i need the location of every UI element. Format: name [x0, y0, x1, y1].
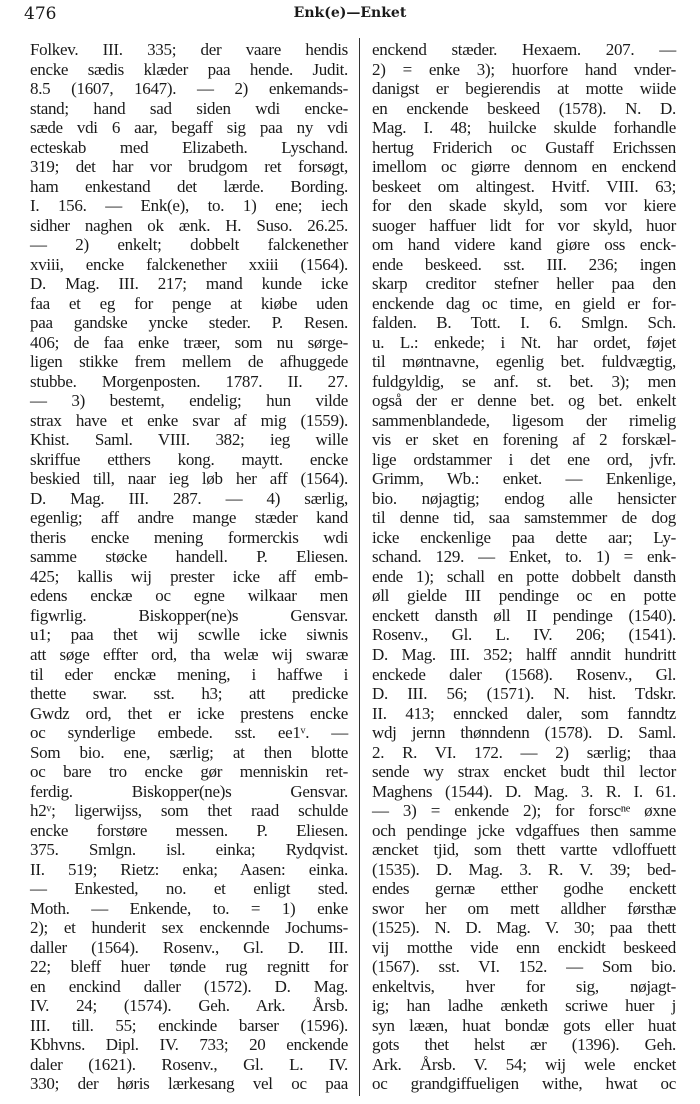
- text-line: egenlig; aff andre mange stæder kand: [30, 508, 348, 528]
- text-line: D. III. 56; (1571). N. hist. Tdskr.: [372, 684, 676, 704]
- text-line: theris encke mening formerckis wdi: [30, 528, 348, 548]
- text-line: sæde vdi 6 aar, begaff sig paa ny vdi: [30, 118, 348, 138]
- text-line: II. 413; enncked daler, som fanndtz: [372, 704, 676, 724]
- text-line: oc bare tro encke gør menniskin ret-: [30, 762, 348, 782]
- text-line: enckende dag oc time, en gield er for-: [372, 294, 676, 314]
- text-line: Rosenv., Gl. L. IV. 206; (1541).: [372, 625, 676, 645]
- text-line: daller (1564). Rosenv., Gl. D. III.: [30, 938, 348, 958]
- text-line: och pendinge jcke vdgaffues then samme: [372, 821, 676, 841]
- text-line: Mag. I. 48; huilcke skulde forhandle: [372, 118, 676, 138]
- text-line: imellom oc giørre dennom en enckend: [372, 157, 676, 177]
- text-line: faa et eg for penge at kiøbe uden: [30, 294, 348, 314]
- text-line: ecteskab med Elizabeth. Lyschand.: [30, 138, 348, 158]
- text-line: D. Mag. III. 217; mand kunde icke: [30, 274, 348, 294]
- text-line: swor her om mett alldher førsthæ: [372, 899, 676, 919]
- text-line: stubbe. Morgenposten. 1787. II. 27.: [30, 372, 348, 392]
- text-line: Gwdz ord, thet er icke prestens encke: [30, 704, 348, 724]
- text-line: strax have et enke svar af mig (1559).: [30, 411, 348, 431]
- text-line: enckede daler (1568). Rosenv., Gl.: [372, 665, 676, 685]
- text-line: 375. Smlgn. isl. einka; Rydqvist.: [30, 840, 348, 860]
- text-line: til denne tid, saa samstemmer de dog: [372, 508, 676, 528]
- text-line: fuldgyldig, se anf. st. bet. 3); men: [372, 372, 676, 392]
- text-line: øll gielde III pendinge oc en potte: [372, 586, 676, 606]
- text-line: en enckind daller (1572). D. Mag.: [30, 977, 348, 997]
- text-line: 8.5 (1607, 1647). — 2) enkemands-: [30, 79, 348, 99]
- text-line: — 2) enkelt; dobbelt falckenether: [30, 235, 348, 255]
- text-line: I. 156. — Enk(e), to. 1) ene; iech: [30, 196, 348, 216]
- text-line: 330; der høris lærkesang vel oc paa: [30, 1074, 348, 1094]
- text-line: enckett dansth øll II pendinge (1540).: [372, 606, 676, 626]
- text-line: beskied till, naar ieg løb her aff (1564…: [30, 469, 348, 489]
- text-line: daler (1621). Rosenv., Gl. L. IV.: [30, 1055, 348, 1075]
- text-line: D. Mag. III. 352; halff anndit hundritt: [372, 645, 676, 665]
- text-line: 2. R. VI. 172. — 2) særlig; thaa: [372, 743, 676, 763]
- text-line: hertug Friderich oc Gustaff Erichssen: [372, 138, 676, 158]
- text-line: att søge effter ord, tha welæ wij swaræ: [30, 645, 348, 665]
- text-line: enkeltvis, hver for sig, nøjagt-: [372, 977, 676, 997]
- text-line: 319; det har vor brudgom ret forsøgt,: [30, 157, 348, 177]
- text-line: enckend stæder. Hexaem. 207. —: [372, 40, 676, 60]
- text-line: for den skade skyld, som vor kiere: [372, 196, 676, 216]
- text-line: Kbhvns. Dipl. IV. 733; 20 enckende: [30, 1035, 348, 1055]
- text-line: Khist. Saml. VIII. 382; ieg wille: [30, 430, 348, 450]
- text-line: lige ordstammer i det ene ord, jvfr.: [372, 450, 676, 470]
- running-head: Enk(e)—Enket: [0, 5, 700, 21]
- text-line: ende 1); schall en potte dobbelt dansth: [372, 567, 676, 587]
- text-line: falden. B. Tott. I. 6. Smlgn. Sch.: [372, 313, 676, 333]
- text-line: icke enckenlige paa dette aar; Ly-: [372, 528, 676, 548]
- text-line: schand. 129. — Enket, to. 1) = enk-: [372, 547, 676, 567]
- column-divider: [359, 38, 360, 1096]
- text-line: h2ᵛ; ligerwijss, som thet raad schulde: [30, 801, 348, 821]
- text-line: paa gandske yncke steder. P. Resen.: [30, 313, 348, 333]
- text-line: æncket tjid, som thett vartte vdloffuett: [372, 840, 676, 860]
- text-line: om hand videre kand giøre oss enck-: [372, 235, 676, 255]
- text-line: endes gernæ etther godhe enckett: [372, 879, 676, 899]
- text-line: 22; bleff huer tønde rug regnitt for: [30, 957, 348, 977]
- text-line: (1525). N. D. Mag. V. 30; paa thett: [372, 918, 676, 938]
- right-column: enckend stæder. Hexaem. 207. —2) = enke …: [372, 40, 676, 1094]
- text-line: (1535). D. Mag. 3. R. V. 39; bed-: [372, 860, 676, 880]
- text-line: til eder enckæ mening, i haffwe i: [30, 665, 348, 685]
- text-line: skriffue etthers kong. maytt. encke: [30, 450, 348, 470]
- text-line: ende beskeed. sst. III. 236; ingen: [372, 255, 676, 275]
- text-line: thette swar. sst. h3; att predicke: [30, 684, 348, 704]
- text-line: D. Mag. III. 287. — 4) særlig,: [30, 489, 348, 509]
- text-line: vij motthe vide enn enckidt beskeed: [372, 938, 676, 958]
- text-line: xviii, encke falckenether xxiii (1564).: [30, 255, 348, 275]
- text-line: wdj jernn thønndenn (1578). D. Saml.: [372, 723, 676, 743]
- text-line: II. 519; Rietz: enka; Aasen: einka.: [30, 860, 348, 880]
- text-line: suoger haffuer lidt for vor skyld, huor: [372, 216, 676, 236]
- text-line: IV. 24; (1574). Geh. Ark. Årsb.: [30, 996, 348, 1016]
- text-line: — 3) bestemt, endelig; hun vilde: [30, 391, 348, 411]
- text-line: samme støcke handell. P. Eliesen.: [30, 547, 348, 567]
- text-line: bio. nøjagtig; endog alle hensicter: [372, 489, 676, 509]
- text-line: sidher naghen ok ænk. H. Suso. 26.25.: [30, 216, 348, 236]
- text-line: gots thet helst ær (1396). Geh.: [372, 1035, 676, 1055]
- text-line: — Enkested, no. et enligt sted.: [30, 879, 348, 899]
- text-line: til møntnavne, egenlig bet. fuldvægtig,: [372, 352, 676, 372]
- text-line: figwrlig. Biskopper(ne)s Gensvar.: [30, 606, 348, 626]
- text-line: sammenblandede, ligesom der rimelig: [372, 411, 676, 431]
- text-line: oc synderlige embede. sst. ee1ᵛ. —: [30, 723, 348, 743]
- text-line: (1567). sst. VI. 152. — Som bio.: [372, 957, 676, 977]
- text-line: sende wy strax encket budt thil lector: [372, 762, 676, 782]
- left-column: Folkev. III. 335; der vaare hendisencke …: [30, 40, 348, 1094]
- text-line: skarp creditor stefner heller paa den: [372, 274, 676, 294]
- text-line: 425; kallis wij prester icke aff emb-: [30, 567, 348, 587]
- text-line: en enckende beskeed (1578). N. D.: [372, 99, 676, 119]
- text-line: Folkev. III. 335; der vaare hendis: [30, 40, 348, 60]
- text-line: vis er sket en forening af 2 forskæl-: [372, 430, 676, 450]
- text-line: — 3) = enkende 2); for forscⁿᵉ øxne: [372, 801, 676, 821]
- text-line: ig; han ladhe ænketh scriwe huer j: [372, 996, 676, 1016]
- text-line: syn lææn, huat bondæ gots eller huat: [372, 1016, 676, 1036]
- text-line: Ark. Årsb. V. 54; wij wele encket: [372, 1055, 676, 1075]
- text-line: Grimm, Wb.: enket. — Enkenlige,: [372, 469, 676, 489]
- text-line: oc grandgiffueligen withe, hwat oc: [372, 1074, 676, 1094]
- text-line: ham enkestand det lærde. Bording.: [30, 177, 348, 197]
- text-line: stand; hand sad siden wdi encke-: [30, 99, 348, 119]
- text-line: 2); et hunderit sex enckennde Jochums-: [30, 918, 348, 938]
- text-line: også der er denne bet. og bet. enkelt: [372, 391, 676, 411]
- text-line: III. till. 55; enckinde barser (1596).: [30, 1016, 348, 1036]
- text-line: beskeet om altingest. Hvitf. VIII. 63;: [372, 177, 676, 197]
- text-line: encke sædis klæder paa hende. Judit.: [30, 60, 348, 80]
- text-line: ferdig. Biskopper(ne)s Gensvar.: [30, 782, 348, 802]
- text-line: Som bio. ene, særlig; at then blotte: [30, 743, 348, 763]
- text-line: encke forstøre messen. P. Eliesen.: [30, 821, 348, 841]
- text-line: edens enckæ oc egne wilkaar men: [30, 586, 348, 606]
- text-line: ligen stikke frem mellem de afhuggede: [30, 352, 348, 372]
- text-line: u1; paa thet wij scwlle icke siwnis: [30, 625, 348, 645]
- text-line: 2) = enke 3); huorfore hand vnder-: [372, 60, 676, 80]
- text-line: u. L.: enkede; i Nt. har ordet, føjet: [372, 333, 676, 353]
- text-line: Moth. — Enkende, to. = 1) enke: [30, 899, 348, 919]
- text-line: danigst er begierendis at motte wiide: [372, 79, 676, 99]
- text-line: Maghens (1544). D. Mag. 3. R. I. 61.: [372, 782, 676, 802]
- text-line: 406; de faa enke træer, som nu sørge-: [30, 333, 348, 353]
